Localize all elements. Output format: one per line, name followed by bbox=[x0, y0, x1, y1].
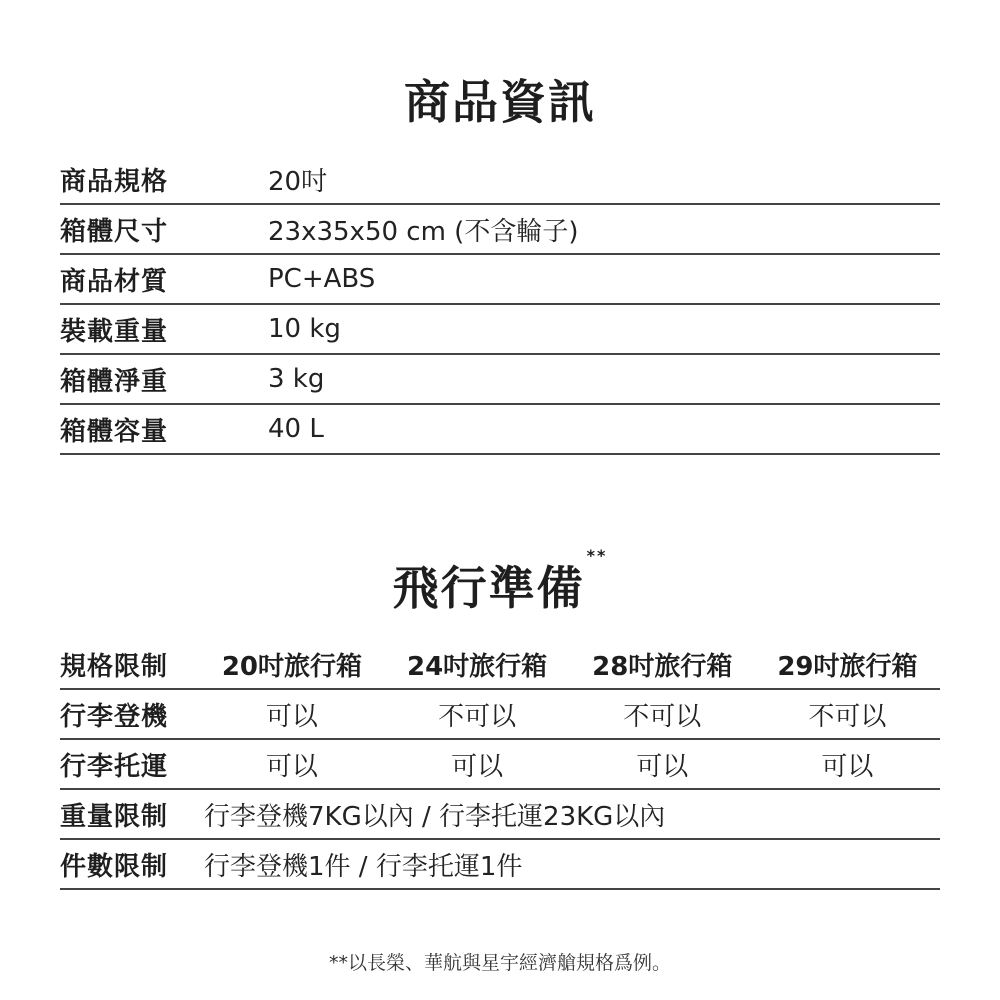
product-spec-table: 商品規格 20吋 箱體尺寸 23x35x50 cm (不含輪子) 商品材質 PC… bbox=[60, 155, 940, 455]
table-cell: 可以 bbox=[199, 746, 384, 783]
flight-prep-table: 規格限制 20吋旅行箱 24吋旅行箱 28吋旅行箱 29吋旅行箱 行李登機 可以… bbox=[60, 640, 940, 890]
header-label: 規格限制 bbox=[60, 646, 199, 683]
spec-label: 裝載重量 bbox=[60, 311, 268, 348]
flight-row: 行李托運 可以 可以 可以 可以 bbox=[60, 740, 940, 790]
table-cell: 可以 bbox=[199, 696, 384, 733]
table-cell: 可以 bbox=[385, 746, 570, 783]
spec-value: 23x35x50 cm (不含輪子) bbox=[268, 211, 578, 248]
column-header: 28吋旅行箱 bbox=[570, 646, 755, 683]
spec-label: 商品材質 bbox=[60, 261, 268, 298]
spec-row: 裝載重量 10 kg bbox=[60, 305, 940, 355]
column-header: 24吋旅行箱 bbox=[385, 646, 570, 683]
row-label: 重量限制 bbox=[60, 796, 200, 833]
spec-row: 箱體淨重 3 kg bbox=[60, 355, 940, 405]
spec-row: 商品材質 PC+ABS bbox=[60, 255, 940, 305]
spec-row: 箱體容量 40 L bbox=[60, 405, 940, 455]
flight-prep-title: 飛行準備 bbox=[393, 561, 585, 615]
flight-prep-title-wrap: 飛行準備** bbox=[0, 552, 1000, 618]
row-label: 行李托運 bbox=[60, 746, 199, 783]
footnote: **以長榮、華航與星宇經濟艙規格爲例。 bbox=[0, 948, 1000, 975]
flight-span-row: 件數限制 行李登機1件 / 行李托運1件 bbox=[60, 840, 940, 890]
span-value: 行李登機1件 / 行李托運1件 bbox=[200, 846, 522, 883]
table-cell: 不可以 bbox=[755, 696, 940, 733]
row-label: 件數限制 bbox=[60, 846, 200, 883]
spec-label: 箱體容量 bbox=[60, 411, 268, 448]
column-header: 20吋旅行箱 bbox=[199, 646, 384, 683]
spec-label: 箱體淨重 bbox=[60, 361, 268, 398]
flight-row: 行李登機 可以 不可以 不可以 不可以 bbox=[60, 690, 940, 740]
flight-span-row: 重量限制 行李登機7KG以內 / 行李托運23KG以內 bbox=[60, 790, 940, 840]
product-info-title: 商品資訊 bbox=[0, 66, 1000, 132]
table-cell: 可以 bbox=[755, 746, 940, 783]
spec-label: 商品規格 bbox=[60, 161, 268, 198]
table-cell: 可以 bbox=[570, 746, 755, 783]
table-cell: 不可以 bbox=[570, 696, 755, 733]
spec-value: PC+ABS bbox=[268, 264, 375, 294]
span-value: 行李登機7KG以內 / 行李托運23KG以內 bbox=[200, 796, 665, 833]
flight-header-row: 規格限制 20吋旅行箱 24吋旅行箱 28吋旅行箱 29吋旅行箱 bbox=[60, 640, 940, 690]
spec-value: 20吋 bbox=[268, 161, 327, 198]
column-header: 29吋旅行箱 bbox=[755, 646, 940, 683]
row-label: 行李登機 bbox=[60, 696, 199, 733]
spec-label: 箱體尺寸 bbox=[60, 211, 268, 248]
spec-row: 商品規格 20吋 bbox=[60, 155, 940, 205]
spec-value: 10 kg bbox=[268, 314, 341, 344]
footnote-marker: ** bbox=[587, 546, 608, 565]
spec-row: 箱體尺寸 23x35x50 cm (不含輪子) bbox=[60, 205, 940, 255]
spec-value: 3 kg bbox=[268, 364, 324, 394]
spec-value: 40 L bbox=[268, 414, 324, 444]
table-cell: 不可以 bbox=[385, 696, 570, 733]
